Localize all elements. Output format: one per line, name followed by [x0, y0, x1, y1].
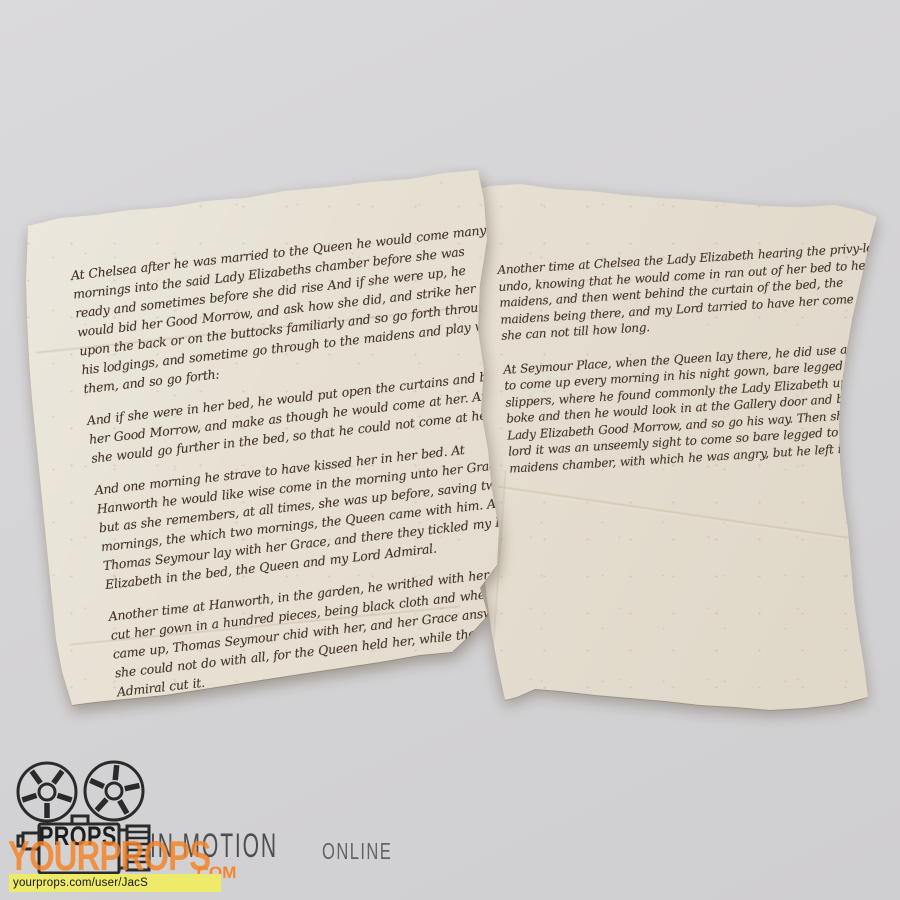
photo-stage: Another time at Chelsea the Lady Elizabe… [0, 0, 900, 900]
left-letter-paper: At Chelsea after he was married to the Q… [0, 0, 900, 900]
left-page-text: At Chelsea after he was married to the Q… [70, 219, 541, 714]
left-letter-page: At Chelsea after he was married to the Q… [0, 0, 900, 900]
